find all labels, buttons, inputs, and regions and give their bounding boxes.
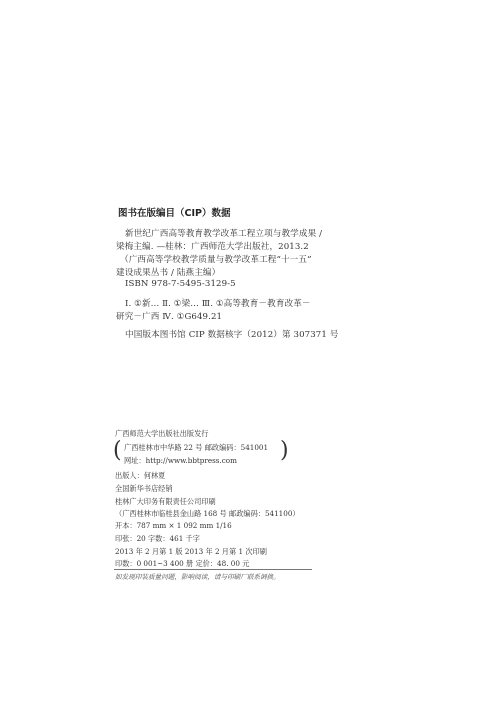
publisher-address: 广西桂林市中华路 22 号 邮政编码：541001 — [124, 443, 268, 453]
publisher: 广西师范大学出版社出版发行 — [115, 429, 208, 439]
distributor: 全国新华书店经销 — [115, 484, 173, 494]
right-bracket: ) — [280, 440, 289, 462]
publisher-website: 网址：http://www.bbtpress.com — [124, 456, 237, 466]
classification-line: Ⅰ. ①新… Ⅱ. ①梁… Ⅲ. ①高等教育－教育改革－ — [125, 297, 311, 309]
printer-address: （广西桂林市临桂县金山路 168 号 邮政编码：541100） — [115, 509, 300, 519]
cip-record-line: 建设成果丛书 / 陆燕主编） — [116, 266, 220, 278]
classification-line: 研究－广西 Ⅳ. ①G649.21 — [116, 310, 222, 322]
separator-line — [114, 569, 312, 570]
format: 开本：787 mm × 1 092 mm 1/16 — [115, 521, 232, 531]
print-run-price: 印数：0 001~3 400 册 定价：48. 00 元 — [115, 559, 249, 569]
cip-record-line: （广西高等学校教学质量与教学改革工程“十一五” — [120, 253, 312, 265]
cip-record-line: 新世纪广西高等教育教学改革工程立项与教学成果 / — [125, 227, 322, 239]
cip-record-line: 梁梅主编. —桂林：广西师范大学出版社，2013.2 — [116, 240, 309, 252]
sheets-words: 印张：20 字数：461 千字 — [115, 534, 200, 544]
quality-notice: 如发现印装质量问题，影响阅读，请与印刷厂联系调换。 — [115, 571, 280, 581]
editor-in-chief: 出版人：何林夏 — [115, 471, 165, 481]
cip-title: 图书在版编目（CIP）数据 — [118, 205, 230, 219]
left-bracket: ( — [113, 440, 122, 462]
printer: 桂林广大印务有限责任公司印刷 — [115, 497, 216, 507]
cip-number: 中国版本图书馆 CIP 数据核字（2012）第 307371 号 — [125, 328, 338, 340]
isbn: ISBN 978-7-5495-3129-5 — [125, 279, 236, 289]
edition: 2013 年 2 月第 1 版 2013 年 2 月第 1 次印刷 — [115, 547, 267, 557]
